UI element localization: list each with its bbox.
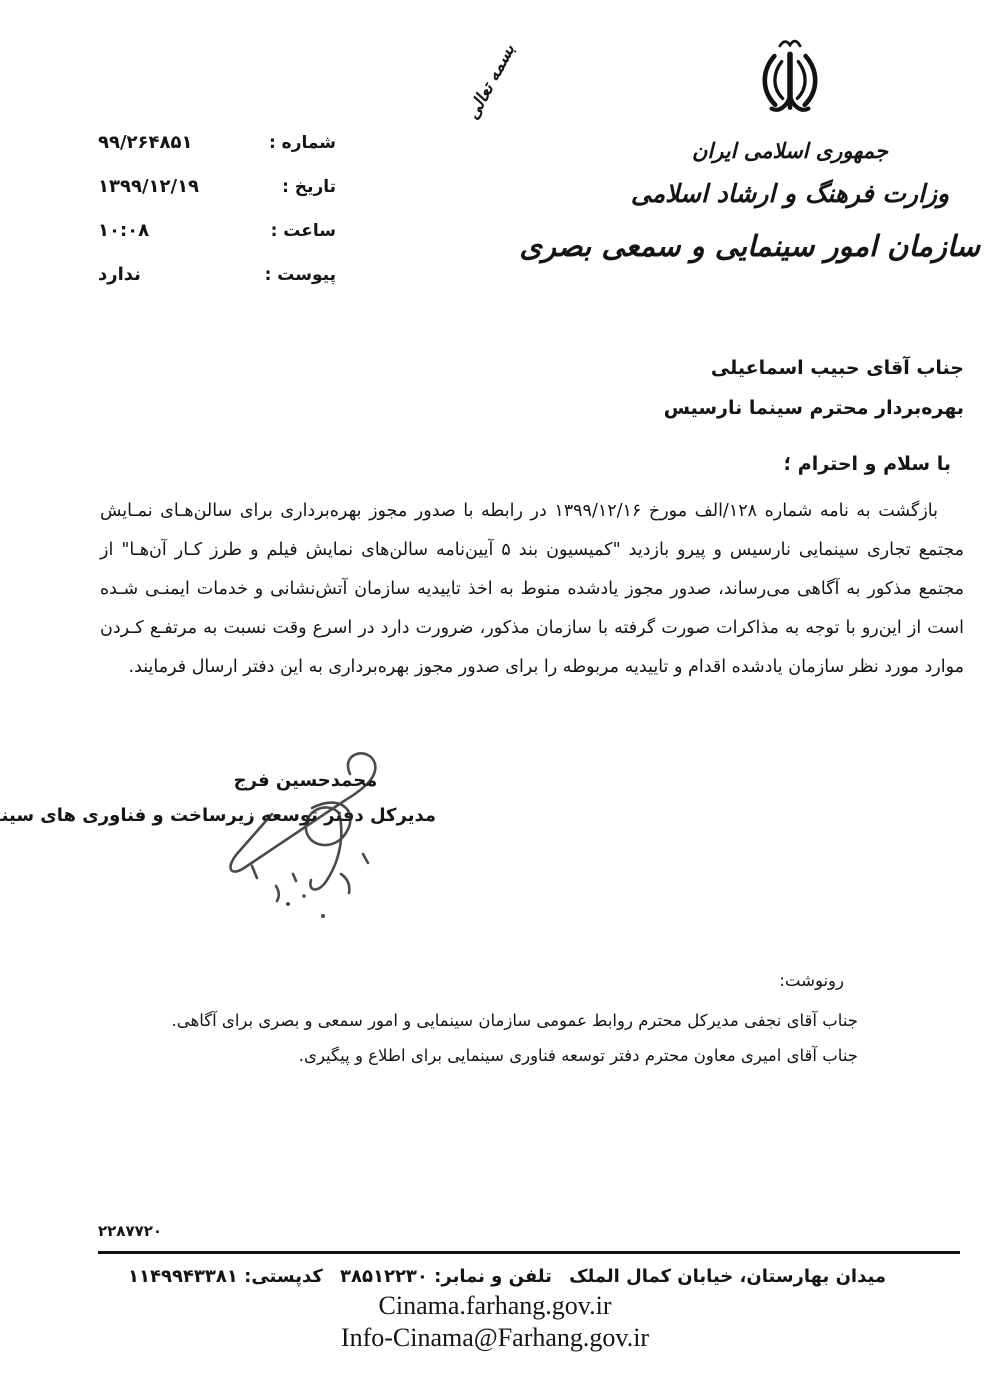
footer-postal: کدپستی: ۱۱۴۹۹۴۳۳۸۱: [128, 1262, 323, 1292]
letterhead-ministry: وزارت فرهنگ و ارشاد اسلامی: [600, 170, 980, 218]
cc-label: رونوشت:: [172, 968, 844, 994]
body-line: مجتمع مذکور به آگاهی می‌رساند، صدور مجوز…: [100, 570, 964, 609]
letterhead-country: جمهوری اسلامی ایران: [600, 132, 980, 170]
meta-row-date: تاریخ : ۱۳۹۹/۱۲/۱۹: [98, 176, 336, 204]
official-letter-page: بسمه تعالی جمهوری اسلامی ایران وزارت فره…: [0, 0, 990, 1400]
footer-address: میدان بهارستان، خیابان کمال الملک: [569, 1262, 886, 1292]
cc-item: جناب آقای نجفی مدیرکل محترم روابط عمومی …: [172, 1003, 858, 1038]
body-line: مجتمع تجاری سینمایی نارسیس و پیرو بازدید…: [100, 531, 964, 570]
meta-date-value: ۱۳۹۹/۱۲/۱۹: [98, 176, 199, 197]
meta-attachment-label: پیوست :: [265, 265, 336, 285]
meta-number-value: ۹۹/۲۶۴۸۵۱: [98, 132, 192, 153]
recipient-title: بهره‌بردار محترم سینما نارسیس: [664, 388, 964, 428]
footer-address-line: میدان بهارستان، خیابان کمال الملک تلفن و…: [128, 1262, 886, 1292]
footer-divider: [98, 1251, 960, 1254]
letterhead: جمهوری اسلامی ایران وزارت فرهنگ و ارشاد …: [600, 34, 980, 274]
recipient-block: جناب آقای حبیب اسماعیلی بهره‌بردار محترم…: [664, 348, 964, 484]
meta-attachment-value: ندارد: [98, 264, 141, 285]
meta-row-attachment: پیوست : ندارد: [98, 264, 336, 292]
footer-email: Info-Cinama@Farhang.gov.ir: [0, 1323, 990, 1353]
iran-emblem-icon: [600, 34, 980, 130]
letter-body: بازگشت به نامه شماره ۱۲۸/الف مورخ ۱۳۹۹/۱…: [100, 492, 964, 687]
meta-row-time: ساعت : ۱۰:۰۸: [98, 220, 336, 248]
cc-item: جناب آقای امیری معاون محترم دفتر توسعه ف…: [172, 1038, 858, 1073]
recipient-name: جناب آقای حبیب اسماعیلی: [664, 348, 964, 388]
cc-block: رونوشت: جناب آقای نجفی مدیرکل محترم رواب…: [172, 968, 858, 1073]
footer-phone: تلفن و نمابر: ۳۸۵۱۲۲۳۰: [340, 1262, 552, 1292]
footer-website: Cinama.farhang.gov.ir: [0, 1291, 990, 1321]
letter-meta-block: شماره : ۹۹/۲۶۴۸۵۱ تاریخ : ۱۳۹۹/۱۲/۱۹ ساع…: [98, 132, 336, 308]
salutation: با سلام و احترام ؛: [664, 444, 951, 484]
meta-row-number: شماره : ۹۹/۲۶۴۸۵۱: [98, 132, 336, 160]
bismillah-calligraphy: بسمه تعالی: [456, 29, 525, 136]
body-line: است از این‌رو با توجه به مذاکرات صورت گر…: [100, 609, 964, 648]
meta-date-label: تاریخ :: [282, 177, 336, 197]
meta-time-value: ۱۰:۰۸: [98, 220, 149, 241]
body-line: بازگشت به نامه شماره ۱۲۸/الف مورخ ۱۳۹۹/۱…: [100, 492, 964, 531]
meta-time-label: ساعت :: [271, 221, 336, 241]
print-tracking-number: ۲۲۸۷۷۲۰: [98, 1222, 162, 1240]
meta-number-label: شماره :: [269, 133, 336, 153]
signature-scrawl: [192, 744, 402, 934]
body-line: موارد مورد نظر سازمان یادشده اقدام و تای…: [100, 648, 964, 687]
letterhead-organization: سازمان امور سینمایی و سمعی بصری: [600, 218, 980, 274]
